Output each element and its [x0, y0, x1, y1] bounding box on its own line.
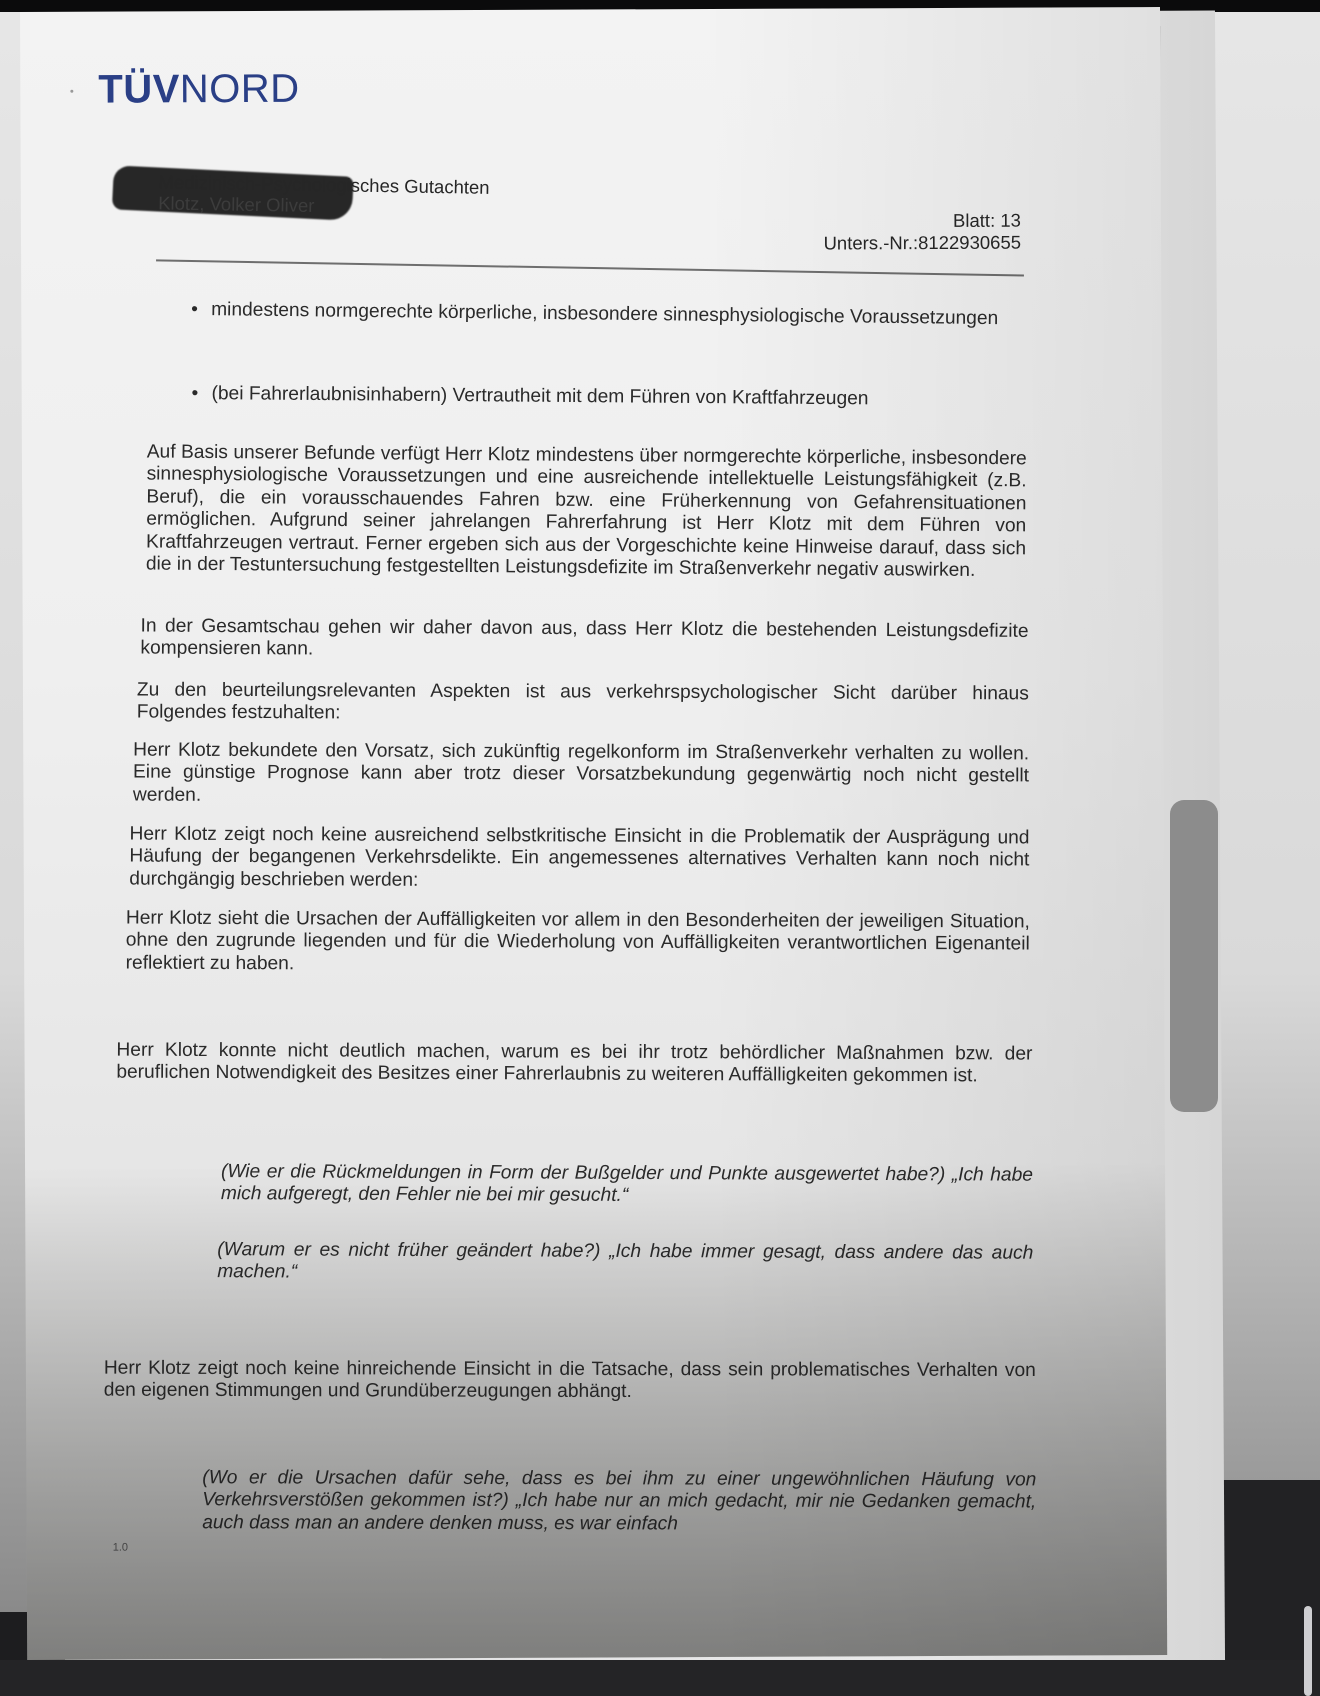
header-divider: [156, 259, 1024, 276]
interview-quote: (Warum er es nicht früher geändert habe?…: [217, 1239, 1033, 1287]
paragraph: Zu den beurteilungsrelevanten Aspekten i…: [137, 679, 1029, 728]
tuv-nord-logo: TÜVNORD: [98, 67, 299, 113]
bottom-background: [0, 1660, 1320, 1696]
logo-suffix: NORD: [180, 67, 300, 112]
paragraph: In der Gesamtschau gehen wir daher davon…: [140, 615, 1028, 665]
bullet-item: • mindestens normgerechte körperliche, i…: [211, 299, 1023, 331]
paragraph: Herr Klotz konnte nicht deutlich machen,…: [116, 1040, 1032, 1089]
interview-quote: (Wo er die Ursachen dafür sehe, dass es …: [202, 1467, 1036, 1536]
header-left: Medizinisch-Psychologisches Gutachten Kl…: [158, 171, 490, 218]
logo-prefix: TÜV: [98, 67, 180, 111]
paragraph: Auf Basis unserer Befunde verfügt Herr K…: [146, 441, 1027, 582]
bullet-item: • (bei Fahrerlaubnisinhabern) Vertrauthe…: [211, 383, 1023, 412]
bullet-icon: •: [191, 299, 198, 321]
logo-dot: [70, 90, 73, 93]
folder-clip: [1170, 800, 1218, 1112]
version-number: 1.0: [113, 1542, 128, 1554]
paragraph: Herr Klotz sieht die Ursachen der Auffäl…: [126, 908, 1030, 979]
paragraph: Herr Klotz bekundete den Vorsatz, sich z…: [133, 740, 1029, 811]
bullet-icon: •: [191, 383, 198, 405]
document-page: TÜVNORD Medizinisch-Psychologisches Guta…: [20, 7, 1167, 1660]
interview-quote: (Wie er die Rückmeldungen in Form der Bu…: [221, 1161, 1033, 1209]
exam-number: Unters.-Nr.:8122930655: [824, 232, 1022, 255]
paragraph: Herr Klotz zeigt noch keine ausreichend …: [129, 824, 1029, 895]
header-right: Blatt: 13 Unters.-Nr.:8122930655: [823, 210, 1021, 255]
paragraph: Herr Klotz zeigt noch keine hinreichende…: [104, 1358, 1036, 1405]
scrollbar[interactable]: [1304, 1606, 1312, 1696]
sheet-number: Blatt: 13: [823, 210, 1021, 233]
